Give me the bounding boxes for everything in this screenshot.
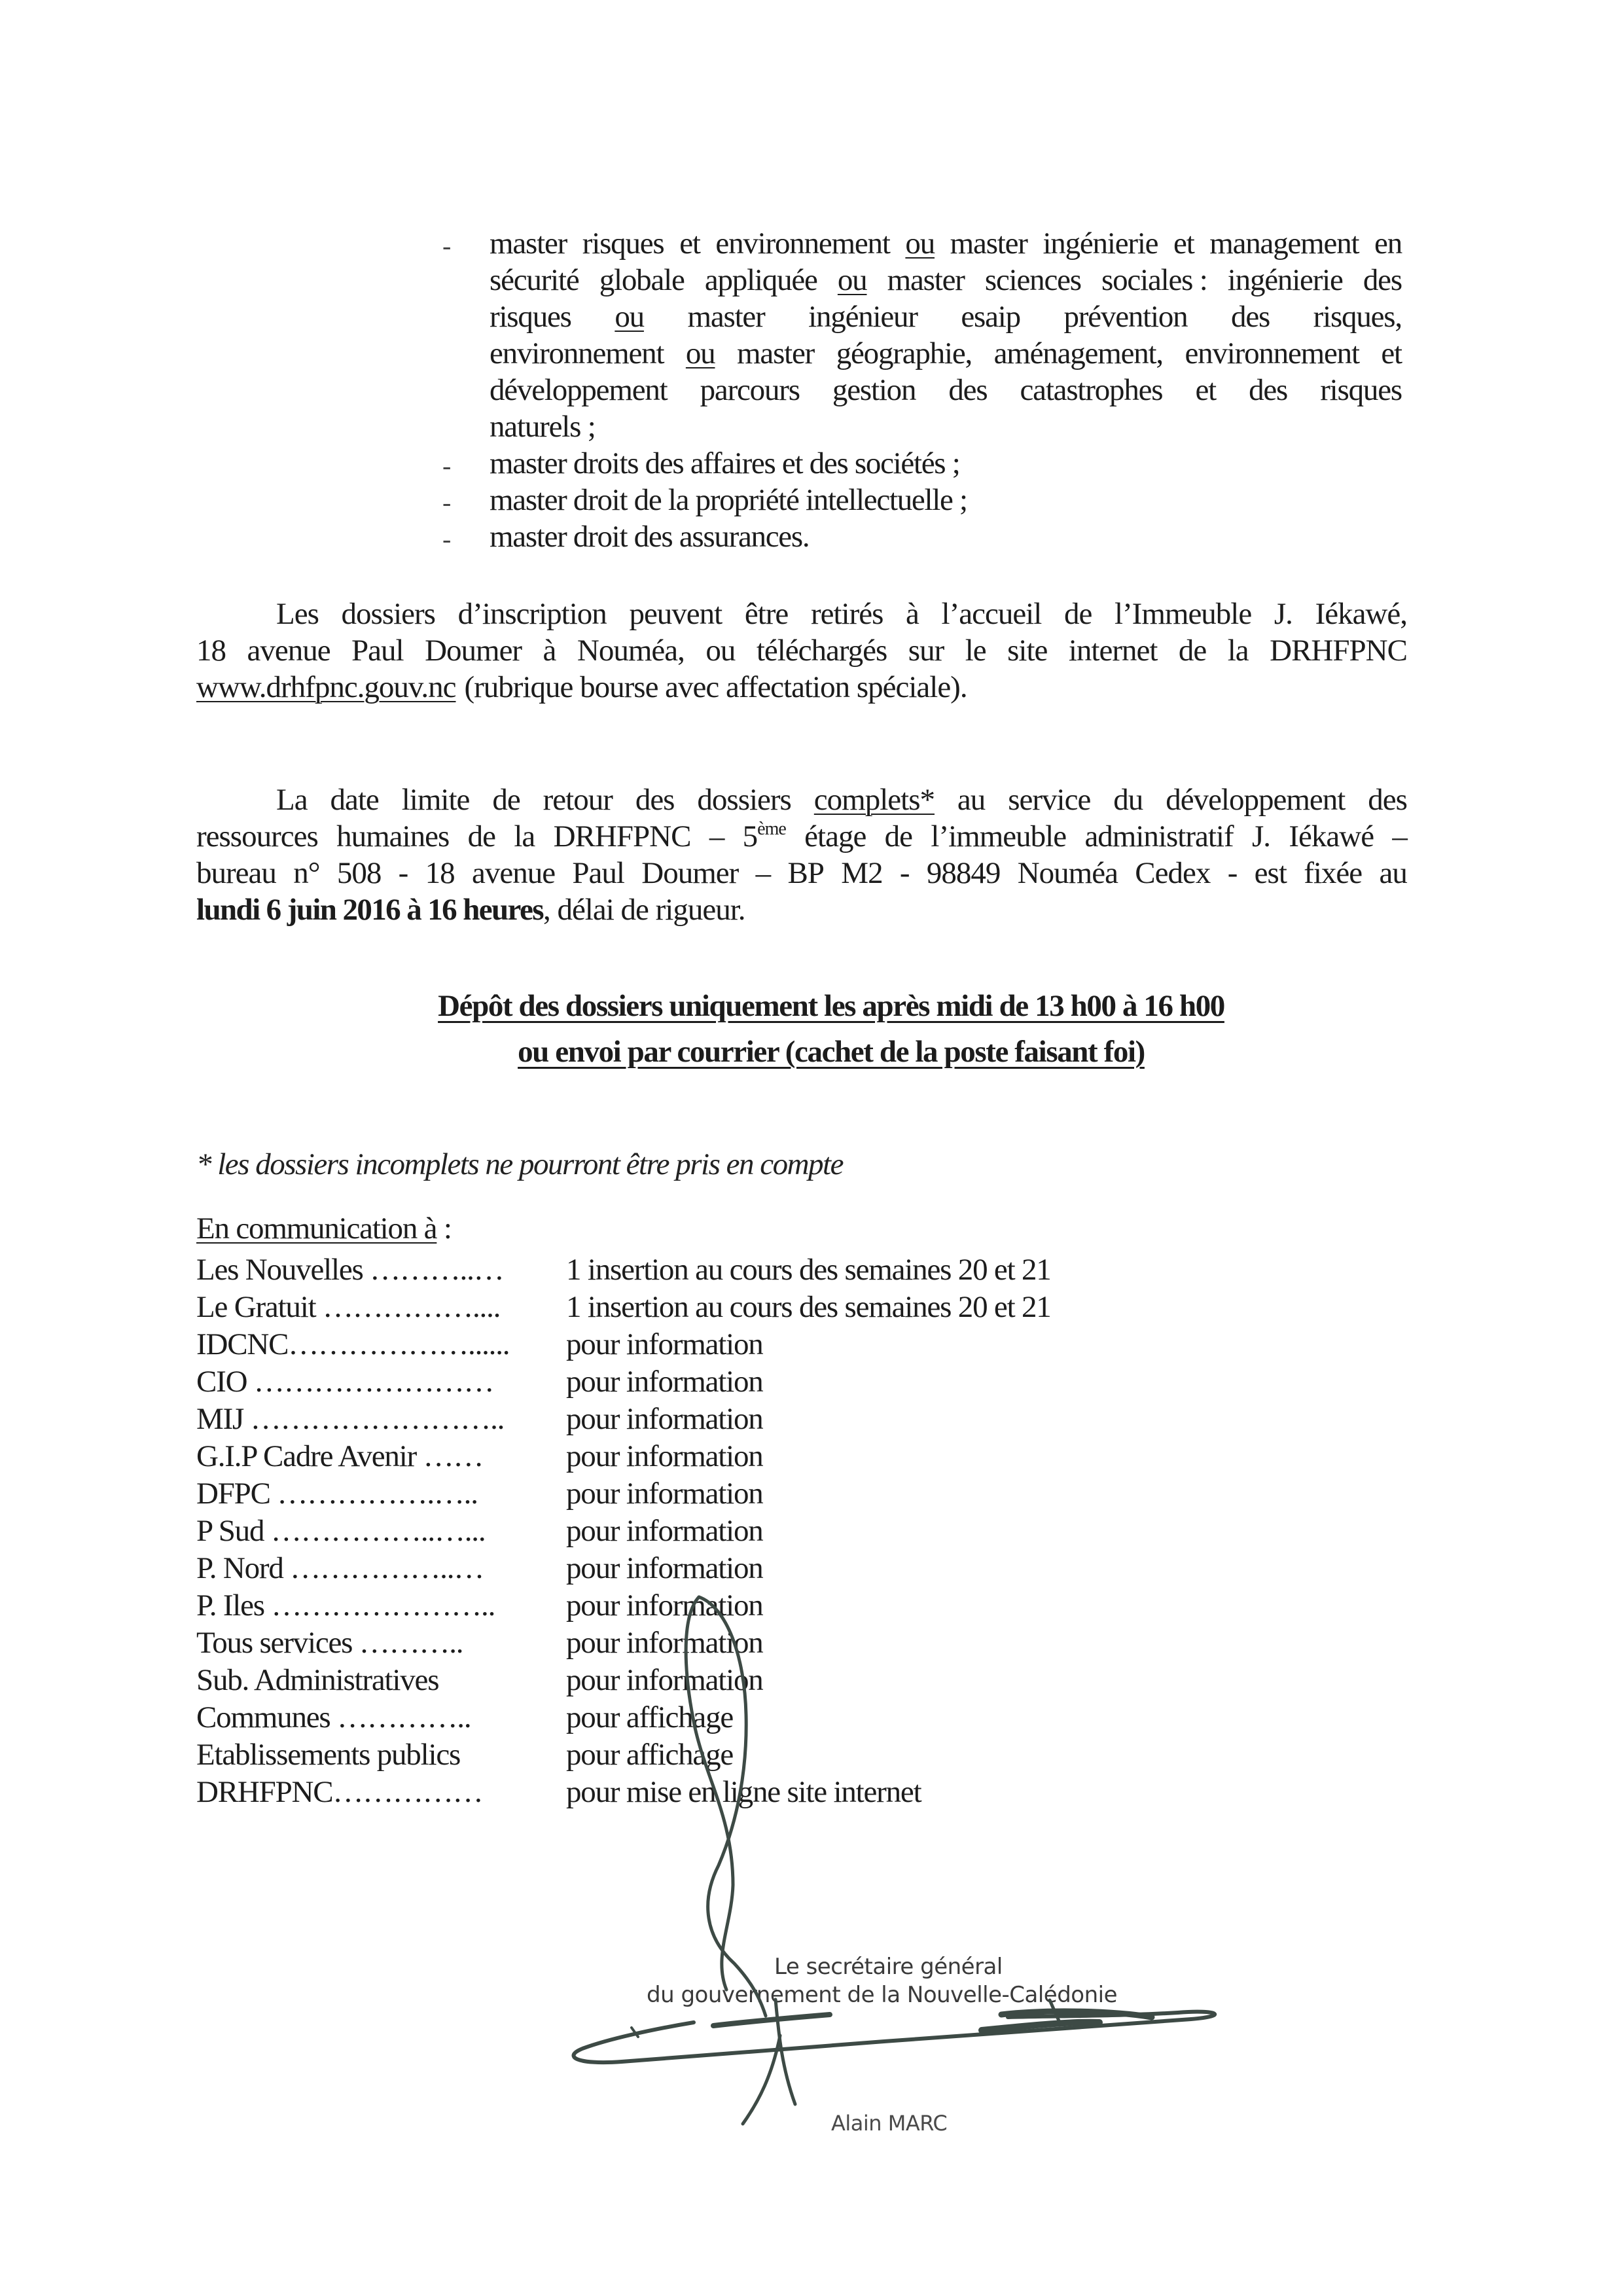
recipient-action: pour information: [566, 1550, 763, 1587]
word: 98849: [927, 855, 1001, 891]
word: sécurité: [490, 262, 579, 298]
word: –: [709, 818, 724, 855]
word: est: [1255, 855, 1287, 891]
word: des: [1363, 262, 1402, 298]
word: DRHFPNC: [554, 818, 691, 855]
bullet-dash: -: [442, 524, 451, 554]
word: au: [1379, 855, 1406, 891]
word: Iékawé: [1289, 818, 1374, 855]
word: et: [1195, 372, 1216, 408]
recipient-label: DRHFPNC……………: [196, 1774, 482, 1811]
word: administratif: [1084, 818, 1233, 855]
signatory-title: Le secrétaire général: [774, 1954, 1003, 1980]
word: de: [1179, 632, 1206, 669]
word: retirés: [811, 596, 883, 632]
signatory-government: du gouvernement de la Nouvelle-Calédonie: [647, 1982, 1117, 2008]
signatory-name: Alain MARC: [831, 2111, 947, 2136]
word: master: [490, 225, 567, 262]
word: appliquée: [705, 262, 817, 298]
word: environnement: [1185, 335, 1359, 372]
word: l’immeuble: [931, 818, 1066, 855]
word: catastrophes: [1020, 372, 1163, 408]
word: humaines: [336, 818, 449, 855]
word: téléchargés: [757, 632, 887, 669]
word: M2: [841, 855, 882, 891]
recipient-label: P Sud ……………..…...: [196, 1513, 485, 1550]
word: -: [1228, 855, 1238, 891]
word: dossiers: [342, 596, 435, 632]
word: et: [1381, 335, 1402, 372]
word: master: [737, 335, 814, 372]
recipient-label: DFPC …………….…..: [196, 1475, 478, 1513]
word: la: [1228, 632, 1249, 669]
word: environnement: [715, 225, 889, 262]
word: d’inscription: [458, 596, 607, 632]
word: développement: [490, 372, 668, 408]
word: de: [492, 781, 520, 818]
word: esaip: [961, 298, 1020, 335]
word: ou: [905, 225, 935, 262]
recipient-label: P. Nord ……………..…: [196, 1550, 484, 1587]
incomplete-files-footnote: * les dossiers incomplets ne pourront êt…: [196, 1147, 843, 1182]
word: ingénierie: [1228, 262, 1343, 298]
word: Paul: [351, 632, 404, 669]
master-item-assurances: master droit des assurances.: [490, 518, 809, 555]
word: ingénierie: [1043, 225, 1158, 262]
word: sur: [908, 632, 944, 669]
word: gestion: [832, 372, 916, 408]
recipient-label: Sub. Administratives: [196, 1662, 438, 1699]
word: service: [1008, 781, 1090, 818]
word: à: [906, 596, 919, 632]
text-line: environnementoumastergéographie,aménagem…: [490, 335, 1402, 372]
word: management: [1209, 225, 1359, 262]
word: des: [948, 372, 987, 408]
recipient-action: pour information: [566, 1587, 763, 1624]
word: limite: [402, 781, 470, 818]
word: ou: [838, 262, 867, 298]
recipient-action: pour information: [566, 1401, 763, 1438]
word: avenue: [472, 855, 555, 891]
word: -: [900, 855, 910, 891]
word: des: [1249, 372, 1287, 408]
word: n°: [293, 855, 319, 891]
master-item-droits-affaires: master droits des affaires et des sociét…: [490, 445, 959, 482]
word: DRHFPNC: [1270, 632, 1407, 669]
word: aménagement,: [994, 335, 1163, 372]
word: master: [687, 298, 764, 335]
word: développement: [1166, 781, 1345, 818]
word: internet: [1069, 632, 1158, 669]
word: –: [756, 855, 771, 891]
recipient-label: IDCNC………………......: [196, 1326, 509, 1363]
word: peuvent: [629, 596, 722, 632]
recipient-action: pour mise en ligne site internet: [566, 1774, 921, 1811]
word: BP: [787, 855, 824, 891]
word: naturels ;: [490, 408, 596, 445]
recipient-action: pour information: [566, 1662, 763, 1699]
word: bureau: [196, 855, 276, 891]
word: prévention: [1063, 298, 1187, 335]
complets-emphasis: complets*: [814, 781, 935, 818]
word: l’Immeuble: [1115, 596, 1251, 632]
word: en: [1374, 225, 1402, 262]
registration-paragraph: Lesdossiersd’inscriptionpeuventêtreretir…: [196, 596, 1407, 706]
text-line: naturels ;: [490, 408, 1402, 445]
word: au: [957, 781, 985, 818]
word: -: [399, 855, 408, 891]
text-line: risquesoumasteringénieuresaippréventiond…: [490, 298, 1402, 335]
recipient-label: CIO ……………………: [196, 1363, 493, 1401]
word: géographie,: [836, 335, 972, 372]
recipient-action: pour affichage: [566, 1736, 733, 1774]
drhfpnc-website-link[interactable]: www.drhfpnc.gouv.nc: [196, 669, 456, 706]
master-item-risques: masterrisquesetenvironnementoumasteringé…: [490, 225, 1402, 445]
word: ou: [705, 632, 735, 669]
word: Nouméa: [1018, 855, 1118, 891]
recipient-label: Communes …………..: [196, 1699, 471, 1736]
word: 508: [337, 855, 382, 891]
word: La: [276, 781, 308, 818]
bullet-dash: -: [442, 450, 451, 481]
word: Paul: [572, 855, 624, 891]
bullet-dash: -: [442, 230, 451, 261]
recipient-action: pour information: [566, 1326, 763, 1363]
word: J.: [1252, 818, 1270, 855]
word: environnement: [490, 335, 664, 372]
bullet-dash: -: [442, 487, 451, 518]
word: Doumer: [641, 855, 738, 891]
word: des: [1231, 298, 1270, 335]
word: ou: [615, 298, 644, 335]
text-line: masterrisquesetenvironnementoumasteringé…: [490, 225, 1402, 262]
recipient-label: Le Gratuit ……………....: [196, 1289, 500, 1326]
word: risques: [490, 298, 571, 335]
word: risques,: [1313, 298, 1402, 335]
document-page: - masterrisquesetenvironnementoumasterin…: [0, 0, 1623, 2296]
communication-heading: En communication à :: [196, 1211, 452, 1246]
recipient-label: G.I.P Cadre Avenir ……: [196, 1438, 483, 1475]
word: des: [635, 781, 675, 818]
word: le: [965, 632, 986, 669]
word: et: [679, 225, 700, 262]
word: risques: [582, 225, 664, 262]
recipient-label: P. Iles …………………..: [196, 1587, 495, 1624]
recipient-action: 1 insertion au cours des semaines 20 et …: [566, 1289, 1051, 1326]
word: site: [1007, 632, 1047, 669]
master-item-propriete-intellectuelle: master droit de la propriété intellectue…: [490, 482, 967, 518]
link-context: (rubrique bourse avec affectation spécia…: [465, 669, 967, 706]
recipient-action: pour information: [566, 1624, 763, 1662]
word: ingénieur: [808, 298, 918, 335]
word: de: [1064, 596, 1092, 632]
word: master: [887, 262, 965, 298]
deadline-rigueur: , délai de rigueur.: [543, 891, 745, 928]
word: 18: [425, 855, 455, 891]
word: Cedex: [1135, 855, 1210, 891]
word: et: [1173, 225, 1194, 262]
text-line: développementparcoursgestiondescatastrop…: [490, 372, 1402, 408]
word: parcours: [700, 372, 800, 408]
deadline-date: lundi 6 juin 2016 à 16 heures: [196, 891, 543, 928]
recipient-action: pour information: [566, 1438, 763, 1475]
word: sciences: [985, 262, 1081, 298]
deposit-mail-notice: ou envoi par courrier (cachet de la post…: [0, 1034, 1623, 1069]
recipient-action: pour information: [566, 1475, 763, 1513]
word: avenue: [247, 632, 330, 669]
word: J.: [1274, 596, 1293, 632]
word: fixée: [1304, 855, 1362, 891]
recipient-label: Tous services ………..: [196, 1624, 463, 1662]
word: du: [1113, 781, 1143, 818]
word: Nouméa,: [577, 632, 685, 669]
word: globale: [599, 262, 685, 298]
word: étage: [804, 818, 866, 855]
recipient-action: 1 insertion au cours des semaines 20 et …: [566, 1251, 1051, 1289]
word: date: [330, 781, 379, 818]
text-line: sécuritéglobaleappliquéeoumastersciences…: [490, 262, 1402, 298]
recipient-label: Etablissements publics: [196, 1736, 460, 1774]
word: l’accueil: [942, 596, 1042, 632]
recipient-action: pour information: [566, 1363, 763, 1401]
word: des: [1368, 781, 1407, 818]
word: master: [950, 225, 1027, 262]
deposit-hours-notice: Dépôt des dossiers uniquement les après …: [0, 988, 1623, 1024]
deadline-paragraph: Ladatelimitederetourdesdossierscomplets*…: [196, 781, 1407, 928]
word: 18: [196, 632, 226, 669]
recipient-label: MIJ ……………………..: [196, 1401, 504, 1438]
recipient-label: Les Nouvelles ………..…: [196, 1251, 503, 1289]
word: à: [543, 632, 556, 669]
recipient-action: pour affichage: [566, 1699, 733, 1736]
word: risques: [1320, 372, 1402, 408]
word: être: [745, 596, 788, 632]
word: ou: [686, 335, 715, 372]
word: Doumer: [425, 632, 522, 669]
word: la: [514, 818, 535, 855]
floor-ordinal: 5ème: [743, 818, 786, 855]
word: ressources: [196, 818, 318, 855]
word: sociales :: [1101, 262, 1207, 298]
word: dossiers: [697, 781, 791, 818]
word: de: [885, 818, 912, 855]
word: Iékawé,: [1315, 596, 1407, 632]
recipient-action: pour information: [566, 1513, 763, 1550]
word: retour: [543, 781, 613, 818]
word: –: [1392, 818, 1407, 855]
word: de: [468, 818, 495, 855]
word: Les: [276, 596, 319, 632]
